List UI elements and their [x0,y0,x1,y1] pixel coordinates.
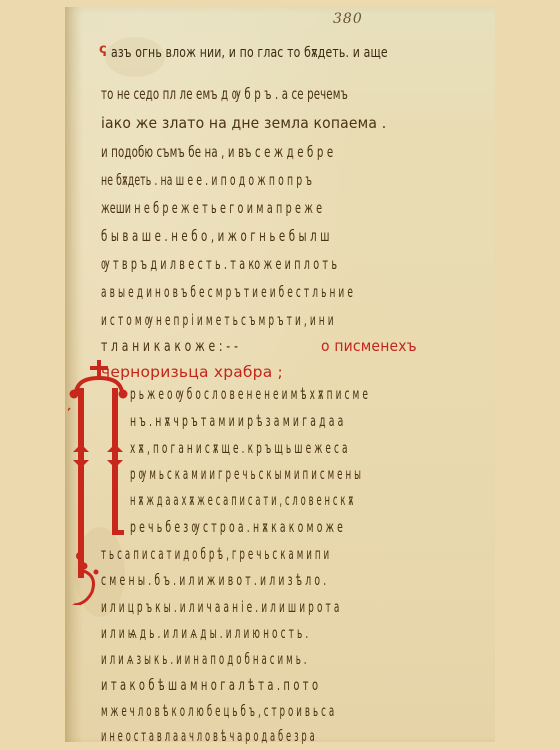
text-line: ѹ т в р ъ д и л в е с т ь . т а ко ж е и… [101,254,337,274]
text-line: р ь ж е о ѹ б о с л о в е н е н е и м ѣ … [130,384,368,404]
text-line: р ѹ м ь с к а м и и г р е ч ь с к ы м и … [130,464,361,484]
text-line: жеши н е б р е ж е т ь е г о и м а п р е… [101,198,322,218]
decorated-initial-pe [68,360,128,605]
red-paragraph-mark: ҁ [99,42,107,57]
manuscript-page: 380 ҁ азъ огнь влож нии, и по глас то бѫ… [65,7,495,742]
text-line: не бѫдеть . на ш е е . и п о д о ж п о п… [101,170,312,190]
text-line: и л и ѧ з ы к ь . и и н а п о д о б н а … [101,649,307,669]
text-line: то не седо пл ле емъ д ѹ б р ъ . а се ре… [101,84,348,104]
text-line: и т а к о б ѣ ш а м н о г а л ѣ т а . п … [101,675,318,695]
text-line: б ы в а ш е . н е б о , и ж о г н ь е б … [101,226,330,246]
page-number: 380 [333,11,363,27]
text-line: с м е н ы . б ъ . и л и ж и в о т . и л … [101,570,326,590]
text-line: и с т о м ѹ н е п р і и м е т ь с ъ м р … [101,310,334,330]
text-line: а в ы е д и н о в ъ б е с м р ъ т и е и … [101,282,353,302]
heading-author-red: черноризьца храбра ; [101,362,283,382]
text-line: и подобю съмъ бе на , и въ с е ж д е б р… [101,142,333,162]
heading-title-red: о писменехъ [321,336,417,356]
text-line: х ѫ , п о г а н и с ѫ щ е . к р ъ щ ь ш … [130,438,348,458]
text-line: м ж е ч л о в ѣ к о л ю б е ц ь б ъ , с … [101,701,334,721]
text-line-first: азъ огнь влож нии, и по глас то бѫдеть. … [111,43,388,63]
text-line: н ѫ ж д а а х ѫ ж е с а п и с а т и , с … [130,490,353,510]
text-line: и н е о с т а в л а а ч л о в ѣ ч а р о … [101,726,315,746]
text-line: р е ч ь б е з ѹ с т р о а . н ѫ к а к о … [130,517,343,537]
text-line: и л и ѩ д ь . и л и ѧ д ы . и л и ю н о … [101,623,308,643]
text-line: іако же злато на дне земла копаема . [101,113,386,133]
text-line: н ъ . н ѫ ч р ъ т а м и и р ѣ з а м и г … [130,411,343,431]
text-line: т ь с а п и с а т и д о б р ѣ , г р е ч … [101,544,329,564]
text-line: т л а н и к а к о ж е : - - [101,336,238,356]
text-line: и л и ц р ъ к ы . и л и ч а а н і е . и … [101,597,340,617]
